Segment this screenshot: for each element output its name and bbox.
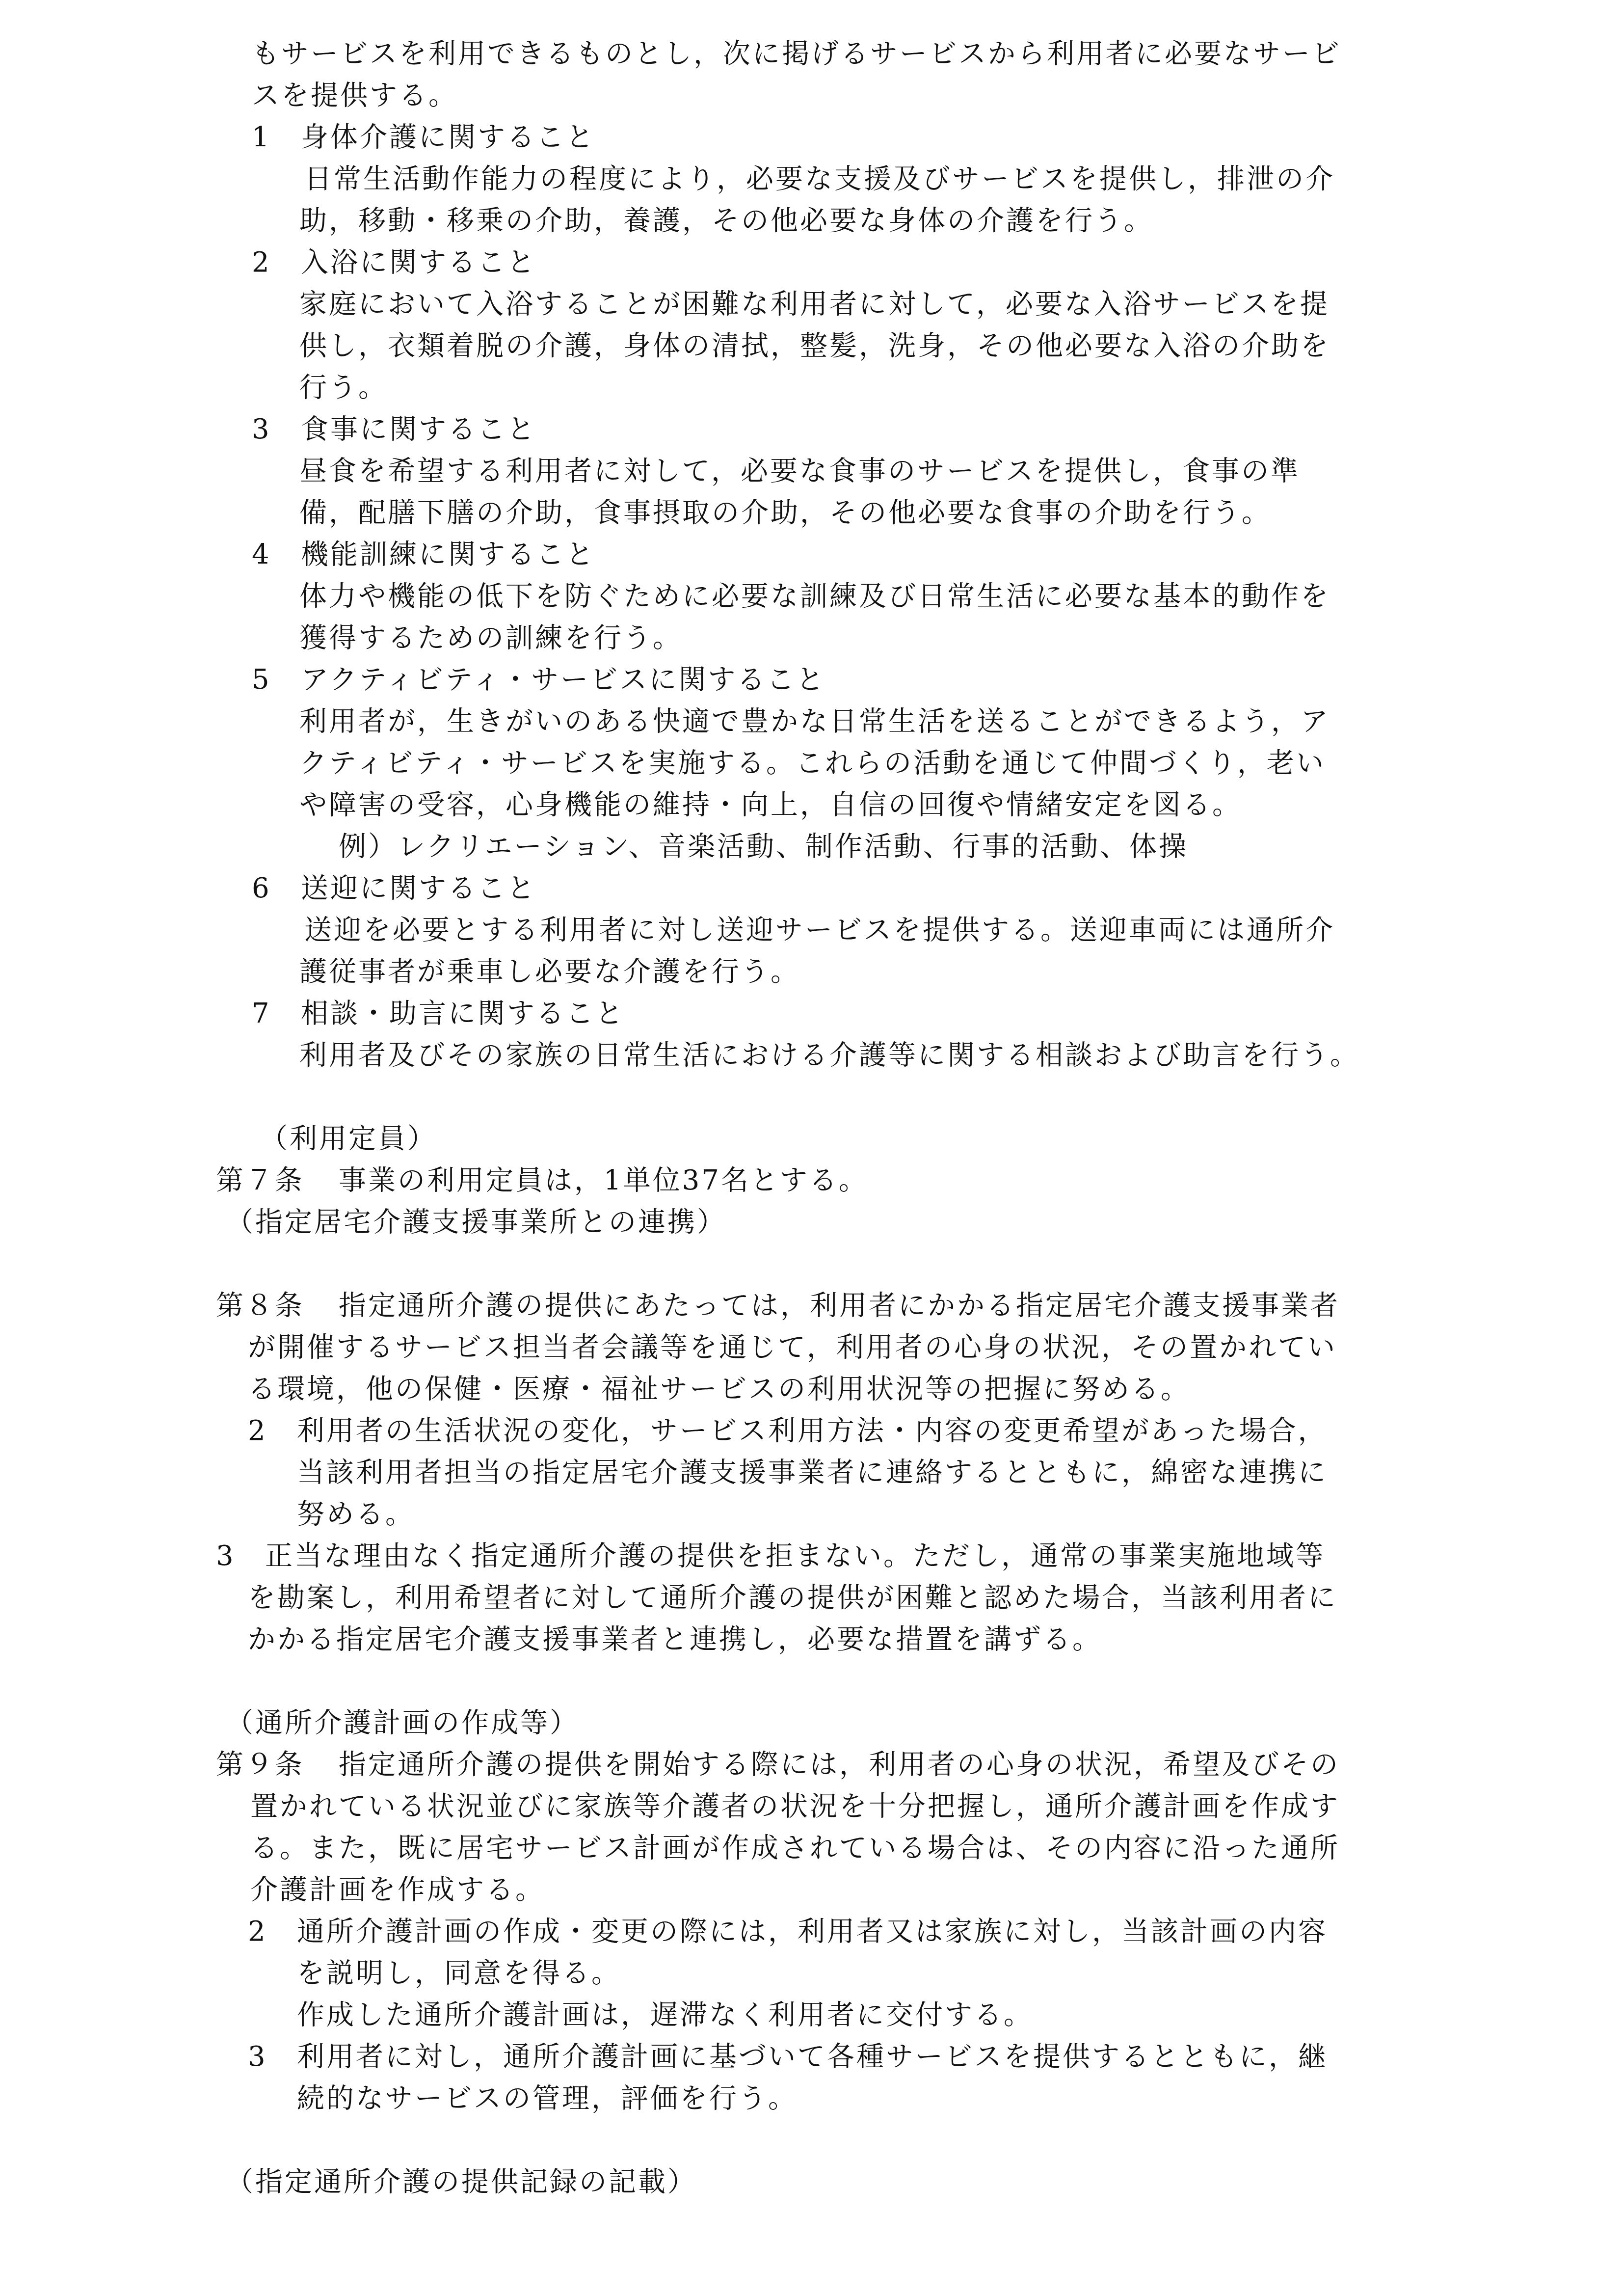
article-paragraph: 2通所介護計画の作成・変更の際には，利用者又は家族に対し，当該計画の内容	[248, 1915, 1328, 1949]
article-text: る。また，既に居宅サービス計画が作成されている場合は、その内容に沿った通所	[250, 1831, 1340, 1865]
service-number: 4	[252, 538, 301, 572]
service-title: 2入浴に関すること	[252, 245, 536, 280]
paragraph-text: 利用者の生活状況の変化，サービス利用方法・内容の変更希望があった場合，	[297, 1415, 1327, 1447]
paragraph-number: 2	[248, 1915, 297, 1949]
service-body: クティビティ・サービスを実施する。これらの活動を通じて仲間づくり，老い	[299, 746, 1326, 781]
service-title: 1身体介護に関すること	[252, 120, 595, 155]
service-number: 7	[252, 997, 301, 1031]
service-body: 供し，衣類着脱の介護，身体の清拭，整髪，洗身，その他必要な入浴の介助を	[299, 329, 1330, 363]
article-heading: （指定通所介護の提供記録の記載）	[226, 2165, 697, 2199]
paragraph-text: 通所介護計画の作成・変更の際には，利用者又は家族に対し，当該計画の内容	[297, 1916, 1328, 1947]
service-body: 昼食を希望する利用者に対して，必要な食事のサービスを提供し，食事の準	[299, 454, 1300, 488]
service-title: 3食事に関すること	[252, 412, 536, 447]
paragraph-number: 2	[248, 1414, 297, 1448]
paragraph-text: かかる指定居宅介護支援事業者と連携し，必要な措置を講ずる。	[248, 1622, 1102, 1657]
article-heading: （利用定員）	[260, 1122, 437, 1156]
service-title-text: 身体介護に関すること	[301, 121, 595, 153]
article-paragraph: 3利用者に対し，通所介護計画に基づいて各種サービスを提供するとともに，継	[248, 2040, 1328, 2074]
service-body: 体力や機能の低下を防ぐために必要な訓練及び日常生活に必要な基本的動作を	[299, 579, 1330, 614]
paragraph-text: 作成した通所介護計画は，遅滞なく利用者に交付する。	[297, 1998, 1033, 2032]
service-title: 4機能訓練に関すること	[252, 538, 595, 572]
service-body: 家庭において入浴することが困難な利用者に対して，必要な入浴サービスを提	[299, 287, 1330, 322]
paragraph-number: 3	[248, 2040, 297, 2074]
service-body: 獲得するための訓練を行う。	[299, 621, 682, 655]
paragraph-text: 利用者に対し，通所介護計画に基づいて各種サービスを提供するとともに，継	[297, 2041, 1328, 2073]
service-title: 6送迎に関すること	[252, 871, 536, 906]
service-body: 行う。	[299, 371, 388, 405]
service-number: 6	[252, 871, 301, 906]
paragraph-text: 正当な理由なく指定通所介護の提供を拒まない。ただし，通常の事業実施地域等	[265, 1540, 1325, 1572]
service-title-text: アクティビティ・サービスに関すること	[301, 664, 825, 696]
paragraph-text: 続的なサービスの管理，評価を行う。	[297, 2081, 798, 2116]
service-title: 5アクティビティ・サービスに関すること	[252, 663, 825, 697]
article-text: 置かれている状況並びに家族等介護者の状況を十分把握し，通所介護計画を作成す	[250, 1789, 1340, 1824]
article-heading: （通所介護計画の作成等）	[226, 1706, 579, 1740]
service-title: 7相談・助言に関すること	[252, 997, 625, 1031]
service-example: 例）レクリエーション、音楽活動、制作活動、行事的活動、体操	[339, 830, 1188, 864]
article-paragraph: 3正当な理由なく指定通所介護の提供を拒まない。ただし，通常の事業実施地域等	[216, 1539, 1325, 1573]
service-body: 利用者が，生きがいのある快適で豊かな日常生活を送ることができるよう，ア	[299, 704, 1330, 739]
article-text: 事業の利用定員は，1単位37名とする。	[339, 1164, 868, 1196]
service-body: 護従事者が乗車し必要な介護を行う。	[299, 955, 800, 989]
service-number: 3	[252, 412, 301, 447]
service-body: 送迎を必要とする利用者に対し送迎サービスを提供する。送迎車両には通所介	[304, 913, 1335, 947]
article-text: る環境，他の保健・医療・福祉サービスの利用状況等の把握に努める。	[248, 1372, 1190, 1406]
intro-line: スを提供する。	[252, 79, 458, 113]
service-number: 5	[252, 663, 301, 697]
service-body: 助，移動・移乗の介助，養護，その他必要な身体の介護を行う。	[299, 204, 1153, 238]
article-label: 第７条	[216, 1163, 339, 1198]
article-label: 第８条	[216, 1289, 339, 1323]
service-title-text: 入浴に関すること	[301, 246, 536, 278]
service-body: 日常生活動作能力の程度により，必要な支援及びサービスを提供し，排泄の介	[304, 162, 1335, 196]
service-title-text: 食事に関すること	[301, 413, 536, 445]
article-7: 第７条事業の利用定員は，1単位37名とする。	[216, 1163, 868, 1198]
intro-line: もサービスを利用できるものとし，次に掲げるサービスから利用者に必要なサービ	[252, 37, 1341, 71]
article-text: が開催するサービス担当者会議等を通じて，利用者の心身の状況，その置かれてい	[248, 1330, 1337, 1365]
service-title-text: 機能訓練に関すること	[301, 539, 595, 570]
paragraph-number: 3	[216, 1539, 265, 1573]
service-title-text: 相談・助言に関すること	[301, 998, 625, 1029]
article-paragraph: 2利用者の生活状況の変化，サービス利用方法・内容の変更希望があった場合，	[248, 1414, 1327, 1448]
article-text: 介護計画を作成する。	[250, 1873, 545, 1907]
article-8: 第８条指定通所介護の提供にあたっては，利用者にかかる指定居宅介護支援事業者	[216, 1289, 1340, 1323]
article-text: 指定通所介護の提供にあたっては，利用者にかかる指定居宅介護支援事業者	[339, 1290, 1340, 1322]
paragraph-text: 努める。	[297, 1497, 415, 1532]
paragraph-text: を説明し，同意を得る。	[297, 1956, 621, 1991]
paragraph-text: 当該利用者担当の指定居宅介護支援事業者に連絡するとともに，綿密な連携に	[297, 1456, 1328, 1490]
service-body: 利用者及びその家族の日常生活における介護等に関する相談および助言を行う。	[299, 1038, 1359, 1073]
service-body: 備，配膳下膳の介助，食事摂取の介助，その他必要な食事の介助を行う。	[299, 496, 1271, 530]
service-title-text: 送迎に関すること	[301, 872, 536, 904]
service-number: 2	[252, 245, 301, 280]
article-9: 第９条指定通所介護の提供を開始する際には，利用者の心身の状況，希望及びその	[216, 1748, 1340, 1782]
article-heading: （指定居宅介護支援事業所との連携）	[226, 1205, 726, 1240]
paragraph-text: を勘案し，利用希望者に対して通所介護の提供が困難と認めた場合，当該利用者に	[248, 1581, 1337, 1615]
service-body: や障害の受容，心身機能の維持・向上，自信の回復や情緒安定を図る。	[299, 788, 1242, 822]
article-label: 第９条	[216, 1748, 339, 1782]
service-number: 1	[252, 120, 301, 155]
article-text: 指定通所介護の提供を開始する際には，利用者の心身の状況，希望及びその	[339, 1749, 1340, 1781]
